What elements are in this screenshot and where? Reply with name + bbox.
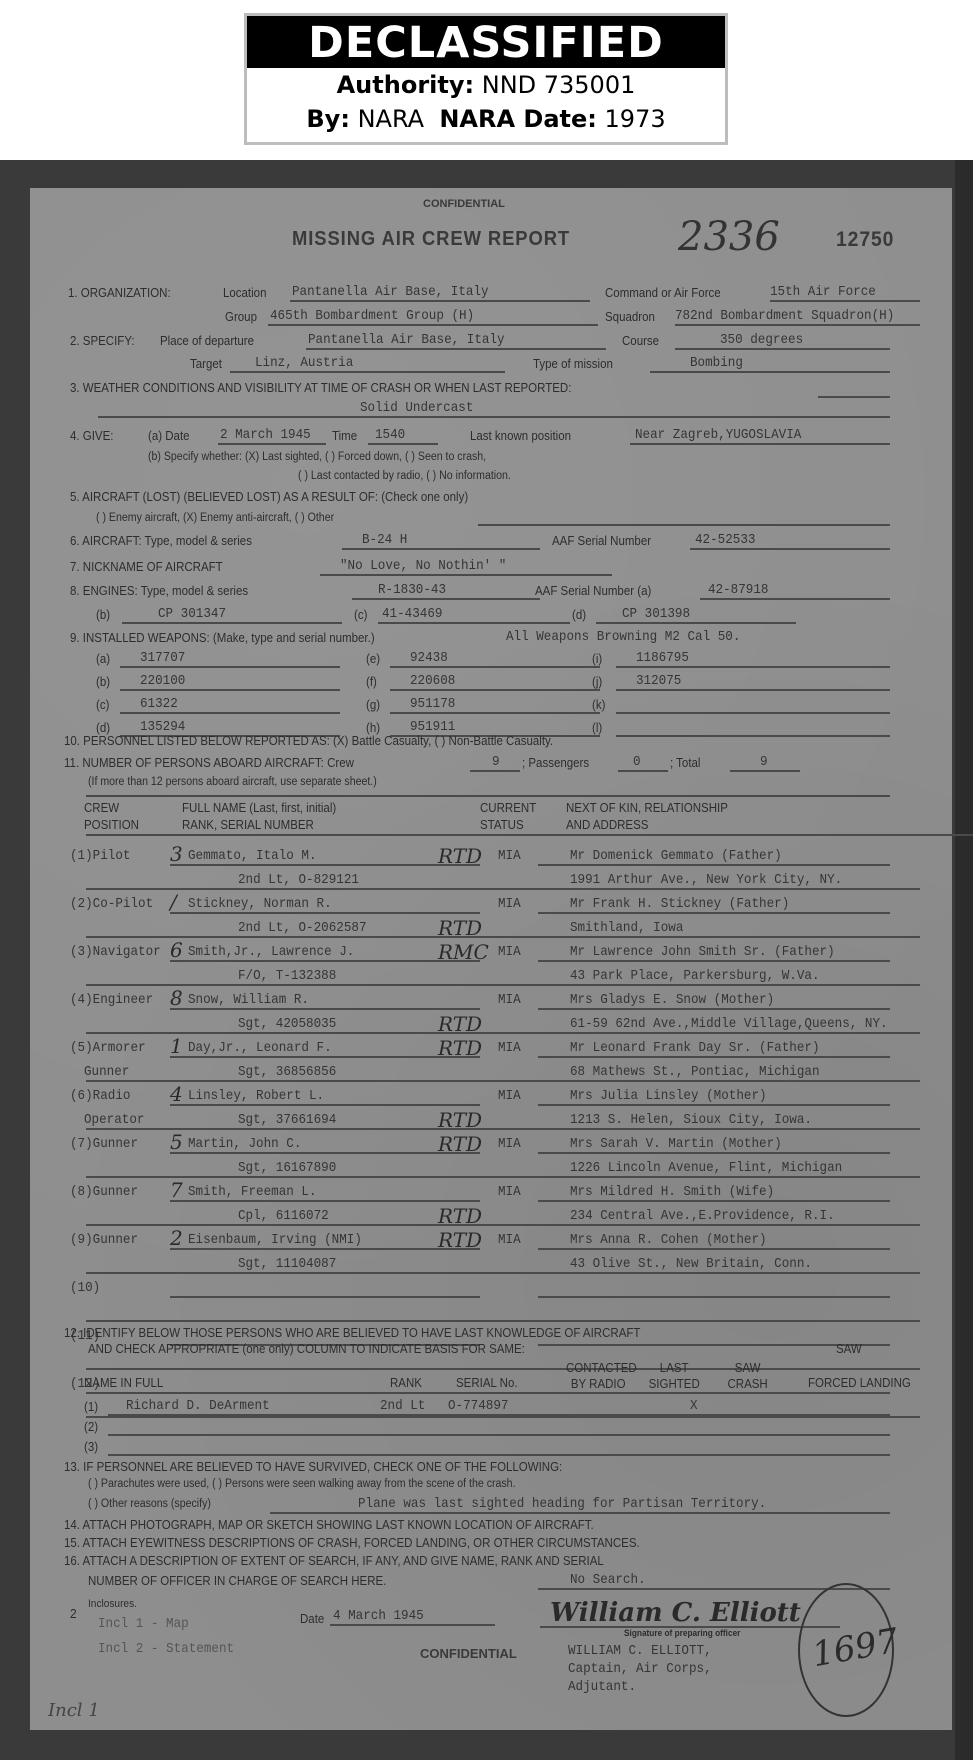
underline — [170, 912, 480, 914]
underline — [730, 770, 800, 772]
weapon-label: (f) — [366, 675, 377, 689]
total-count: 9 — [760, 754, 768, 770]
aircraft-serial: 42-52533 — [695, 532, 755, 548]
kin-address: 68 Mathews St., Pontiac, Michigan — [570, 1064, 820, 1080]
declassified-stamp: DECLASSIFIED Authority: NND 735001 By: N… — [244, 13, 728, 145]
landing-header: FORCED LANDING — [808, 1376, 911, 1390]
crew-position: (8)Gunner — [70, 1184, 138, 1200]
witness-serial: O-774897 — [448, 1398, 508, 1414]
underline — [170, 1056, 480, 1058]
status-annotation: RTD — [438, 1132, 482, 1156]
underline — [352, 598, 540, 600]
other-reason: Plane was last sighted heading for Parti… — [358, 1496, 766, 1512]
engine-type: R-1830-43 — [378, 582, 446, 598]
squadron-value: 782nd Bombardment Squadron(H) — [675, 308, 894, 324]
crew-rank-serial: F/O, T-132388 — [238, 968, 336, 984]
underline — [120, 666, 340, 668]
underline — [218, 443, 326, 445]
underline — [538, 912, 890, 914]
sighted-header: LAST SIGHTED — [642, 1360, 706, 1392]
crew-status: MIA — [498, 896, 521, 912]
officer-rank: Captain, Air Corps, — [568, 1661, 712, 1677]
weapon-label: (g) — [366, 698, 380, 712]
crew-rank-serial: Sgt, 36856856 — [238, 1064, 336, 1080]
sec14: 14. ATTACH PHOTOGRAPH, MAP OR SKETCH SHO… — [64, 1518, 594, 1532]
time-label: Time — [332, 429, 357, 443]
witness-num: (1) — [84, 1400, 98, 1414]
weapon-label: (d) — [96, 721, 110, 735]
weapon-label: (l) — [592, 721, 602, 735]
weapon-label: (e) — [366, 652, 380, 666]
handwritten-mark: 6 — [170, 938, 183, 962]
position-label: Last known position — [470, 429, 571, 443]
handwritten-mark: 8 — [170, 986, 183, 1010]
serial-header: SERIAL No. — [456, 1376, 518, 1390]
underline — [675, 348, 890, 350]
next-of-kin: Mrs Gladys E. Snow (Mother) — [570, 992, 774, 1008]
current-header: CURRENT — [480, 801, 536, 815]
underline — [538, 1152, 890, 1154]
inclosures-label: Inclosures. — [88, 1598, 137, 1610]
underline — [86, 1224, 920, 1226]
address-header: AND ADDRESS — [566, 818, 648, 832]
crew-status: MIA — [498, 944, 521, 960]
witness-num: (2) — [84, 1420, 98, 1434]
next-of-kin: Mr Frank H. Stickney (Father) — [570, 896, 789, 912]
underline — [616, 666, 890, 668]
underline — [170, 1008, 480, 1010]
status-annotation: RTD — [438, 844, 482, 868]
search-value: No Search. — [570, 1572, 646, 1588]
next-of-kin: Mr Lawrence John Smith Sr. (Father) — [570, 944, 835, 960]
underline — [630, 443, 890, 445]
next-of-kin: Mr Domenick Gemmato (Father) — [570, 848, 782, 864]
underline — [770, 300, 920, 302]
kin-address: 43 Park Place, Parkersburg, W.Va. — [570, 968, 820, 984]
crew-name: Snow, William R. — [188, 992, 309, 1008]
underline — [86, 1368, 920, 1370]
weapon-serial: 61322 — [140, 696, 178, 712]
location-label: Location — [223, 286, 266, 300]
engine-serial-d: CP 301398 — [622, 606, 690, 622]
rank-serial-header: RANK, SERIAL NUMBER — [182, 818, 314, 832]
location-value: Pantanella Air Base, Italy — [292, 284, 489, 300]
weapon-serial: 951911 — [410, 719, 455, 735]
group-label: Group — [225, 310, 257, 324]
nara-date-label: NARA Date: — [439, 105, 597, 133]
rank-header: RANK — [390, 1376, 422, 1390]
by-value: NARA — [358, 105, 425, 133]
kin-address: 1213 S. Helen, Sioux City, Iowa. — [570, 1112, 812, 1128]
handwritten-mark: 4 — [170, 1082, 183, 1106]
kin-address: 234 Central Ave.,E.Providence, R.I. — [570, 1208, 835, 1224]
status-annotation: RTD — [438, 1228, 482, 1252]
weapon-serial: 312075 — [636, 673, 681, 689]
sec2-label: 2. SPECIFY: — [70, 334, 135, 348]
underline — [596, 622, 796, 624]
sec5-label: 5. AIRCRAFT (LOST) (BELIEVED LOST) AS A … — [70, 490, 468, 504]
underline — [170, 1248, 480, 1250]
inclosures-count: 2 — [70, 1606, 77, 1621]
target-value: Linz, Austria — [255, 355, 353, 371]
underline — [378, 622, 570, 624]
engine-b-label: (b) — [96, 608, 110, 622]
weapon-label: (a) — [96, 652, 110, 666]
underline — [170, 1200, 480, 1202]
weapon-label: (j) — [592, 675, 602, 689]
underline — [342, 548, 540, 550]
underline — [616, 689, 890, 691]
next-of-kin: Mr Leonard Frank Day Sr. (Father) — [570, 1040, 820, 1056]
handwritten-mark: 1 — [170, 1034, 183, 1058]
inclosure-1: Incl 1 - Map — [98, 1616, 189, 1632]
underline — [700, 598, 890, 600]
underline — [306, 348, 606, 350]
engine-serial-b: CP 301347 — [158, 606, 226, 622]
specify-options-2: ( ) Last contacted by radio, ( ) No info… — [298, 470, 511, 482]
crew-rank-serial: 2nd Lt, O-2062587 — [238, 920, 367, 936]
underline — [86, 984, 920, 986]
classification-top: CONFIDENTIAL — [423, 198, 505, 210]
underline — [170, 1152, 480, 1154]
weapon-label: (i) — [592, 652, 602, 666]
sec15: 15. ATTACH EYEWITNESS DESCRIPTIONS OF CR… — [64, 1536, 640, 1550]
crew-status: MIA — [498, 1232, 521, 1248]
sec13-label: 13. IF PERSONNEL ARE BELIEVED TO HAVE SU… — [64, 1460, 562, 1474]
saw-label: SAW — [836, 1342, 862, 1356]
handwritten-number: 2336 — [678, 214, 780, 260]
status-annotation: RTD — [438, 1204, 482, 1228]
date-label: (a) Date — [148, 429, 190, 443]
film-edge — [955, 160, 973, 1760]
crew-position: (6)Radio — [70, 1088, 130, 1104]
contacted-header: CONTACTED BY RADIO — [566, 1360, 630, 1392]
mission-value: Bombing — [690, 355, 743, 371]
sec9-label: 9. INSTALLED WEAPONS: (Make, type and se… — [70, 631, 375, 645]
classification-bottom: CONFIDENTIAL — [420, 1646, 517, 1661]
underline — [108, 1414, 890, 1416]
underline — [538, 1056, 890, 1058]
underline — [330, 1624, 495, 1626]
report-date: 4 March 1945 — [333, 1608, 424, 1624]
declassified-title: DECLASSIFIED — [247, 16, 725, 68]
underline — [170, 960, 480, 962]
sec16-line2: NUMBER OF OFFICER IN CHARGE OF SEARCH HE… — [88, 1574, 386, 1588]
crew-name: Gemmato, Italo M. — [188, 848, 317, 864]
crew-position-2: Gunner — [84, 1064, 129, 1080]
underline — [290, 300, 590, 302]
next-of-kin: Mrs Julia Linsley (Mother) — [570, 1088, 767, 1104]
crew-position: (7)Gunner — [70, 1136, 138, 1152]
underline — [538, 1104, 890, 1106]
underline — [470, 770, 520, 772]
underline — [390, 689, 600, 691]
crew-rank-serial: Sgt, 37661694 — [238, 1112, 336, 1128]
underline — [86, 1032, 920, 1034]
sec1-label: 1. ORGANIZATION: — [68, 286, 171, 300]
underline — [98, 416, 890, 418]
handwritten-mark: 3 — [170, 842, 183, 866]
sec16-line1: 16. ATTACH A DESCRIPTION OF EXTENT OF SE… — [64, 1554, 604, 1568]
crew-rank-serial: Sgt, 42058035 — [238, 1016, 336, 1032]
underline — [538, 1248, 890, 1250]
crew-status: MIA — [498, 848, 521, 864]
departure-label: Place of departure — [160, 334, 254, 348]
status-annotation: RTD — [438, 1012, 482, 1036]
aircraft-type: B-24 H — [362, 532, 407, 548]
underline — [650, 371, 890, 373]
weapon-serial: 220100 — [140, 673, 185, 689]
total-label: ; Total — [670, 756, 700, 770]
underline — [818, 396, 890, 398]
underline — [390, 712, 600, 714]
command-label: Command or Air Force — [605, 286, 721, 300]
underline — [122, 622, 342, 624]
underline — [170, 864, 480, 866]
status-annotation: RTD — [438, 916, 482, 940]
kin-address: Smithland, Iowa — [570, 920, 683, 936]
passenger-count: 0 — [633, 754, 641, 770]
kin-address: 1226 Lincoln Avenue, Flint, Michigan — [570, 1160, 842, 1176]
weapon-label: (b) — [96, 675, 110, 689]
sec3-label: 3. WEATHER CONDITIONS AND VISIBILITY AT … — [70, 381, 571, 395]
crew-name: Eisenbaum, Irving (NMI) — [188, 1232, 362, 1248]
underline — [230, 371, 505, 373]
underline — [538, 1296, 890, 1298]
next-of-kin: Mrs Anna R. Cohen (Mother) — [570, 1232, 767, 1248]
next-of-kin: Mrs Sarah V. Martin (Mother) — [570, 1136, 782, 1152]
nara-date-value: 1973 — [605, 105, 666, 133]
underline — [538, 1200, 890, 1202]
command-value: 15th Air Force — [770, 284, 876, 300]
status-header: STATUS — [480, 818, 524, 832]
underline — [86, 1272, 920, 1274]
crew-status: MIA — [498, 1136, 521, 1152]
underline — [170, 1104, 480, 1106]
authority-line: Authority: NND 735001 — [247, 68, 725, 102]
crew-rank-serial: 2nd Lt, O-829121 — [238, 872, 359, 888]
underline — [538, 864, 890, 866]
witness-last-sighted: X — [690, 1398, 698, 1414]
underline — [618, 770, 668, 772]
underline — [538, 1008, 890, 1010]
inclosure-2: Incl 2 - Statement — [98, 1641, 234, 1657]
weapon-serial: 317707 — [140, 650, 185, 666]
underline — [538, 960, 890, 962]
report-date-label: Date — [300, 1612, 324, 1626]
underline — [320, 574, 612, 576]
by-label: By: — [306, 105, 350, 133]
engine-c-label: (c) — [354, 608, 367, 622]
crew-position-2: Operator — [84, 1112, 144, 1128]
witness-rank: 2nd Lt — [380, 1398, 425, 1414]
kin-header: NEXT OF KIN, RELATIONSHIP — [566, 801, 728, 815]
crew-status: MIA — [498, 992, 521, 1008]
aircraft-nickname: "No Love, No Nothin' " — [340, 558, 506, 574]
corner-note: Incl 1 — [48, 1700, 100, 1721]
crew-name: Day,Jr., Leonard F. — [188, 1040, 332, 1056]
underline — [390, 666, 600, 668]
underline — [108, 1454, 890, 1456]
divider — [86, 834, 973, 836]
underline — [478, 524, 890, 526]
crew-count: 9 — [492, 754, 500, 770]
underline — [86, 1416, 920, 1418]
underline — [616, 735, 890, 737]
sec11-label: 11. NUMBER OF PERSONS ABOARD AIRCRAFT: C… — [64, 756, 354, 770]
crew-name: Stickney, Norman R. — [188, 896, 332, 912]
officer-name: WILLIAM C. ELLIOTT, — [568, 1643, 712, 1659]
report-number: 12750 — [836, 228, 894, 252]
crew-position: (9)Gunner — [70, 1232, 138, 1248]
underline — [270, 1512, 890, 1514]
underline — [675, 324, 920, 326]
crew-position: (1)Pilot — [70, 848, 130, 864]
crew-position: (5)Armorer — [70, 1040, 146, 1056]
underline — [170, 1296, 480, 1298]
handwritten-mark: 5 — [170, 1130, 183, 1154]
crew-status: MIA — [498, 1088, 521, 1104]
crew-name: Smith, Freeman L. — [188, 1184, 317, 1200]
sec8-label: 8. ENGINES: Type, model & series — [70, 584, 248, 598]
sec13-option2: ( ) Other reasons (specify) — [88, 1498, 211, 1510]
underline — [120, 689, 340, 691]
departure-value: Pantanella Air Base, Italy — [308, 332, 505, 348]
loss-date: 2 March 1945 — [220, 427, 311, 443]
status-annotation: RMC — [438, 940, 489, 964]
position-header: POSITION — [84, 818, 139, 832]
form-title: MISSING AIR CREW REPORT — [292, 228, 570, 251]
weapon-label: (h) — [366, 721, 380, 735]
kin-address: 1991 Arthur Ave., New York City, NY. — [570, 872, 842, 888]
handwritten-mark: / — [170, 890, 177, 914]
sec13-option1: ( ) Parachutes were used, ( ) Persons we… — [88, 1478, 516, 1490]
name-header: FULL NAME (Last, first, initial) — [182, 801, 336, 815]
crew-status: MIA — [498, 1184, 521, 1200]
weapon-serial: 135294 — [140, 719, 185, 735]
squadron-label: Squadron — [605, 310, 655, 324]
crew-name: Martin, John C. — [188, 1136, 301, 1152]
weather-value: Solid Undercast — [360, 400, 473, 416]
weapons-value: All Weapons Browning M2 Cal 50. — [506, 629, 740, 645]
passengers-label: ; Passengers — [522, 756, 589, 770]
target-label: Target — [190, 357, 222, 371]
underline — [368, 443, 438, 445]
officer-title: Adjutant. — [568, 1679, 636, 1695]
underline — [108, 1434, 890, 1436]
engine-serial-a: 42-87918 — [708, 582, 768, 598]
underline — [616, 712, 890, 714]
authority-label: Authority: — [337, 71, 474, 99]
specify-options: (b) Specify whether: (X) Last sighted, (… — [148, 451, 486, 463]
engine-serial-label: AAF Serial Number (a) — [535, 584, 651, 598]
sec10-label: 10. PERSONNEL LISTED BELOW REPORTED AS: … — [64, 734, 553, 748]
sec11-note: (If more than 12 persons aboard aircraft… — [88, 776, 377, 788]
crew-position: (10) — [70, 1280, 100, 1296]
authority-value: NND 735001 — [482, 71, 636, 99]
underline — [86, 1176, 920, 1178]
crew-position: (2)Co-Pilot — [70, 896, 153, 912]
loss-time: 1540 — [375, 427, 405, 443]
underline — [86, 1080, 920, 1082]
crew-rank-serial: Cpl, 6116072 — [238, 1208, 329, 1224]
weapon-label: (k) — [592, 698, 605, 712]
position-value: Near Zagreb,YUGOSLAVIA — [635, 427, 801, 443]
engine-d-label: (d) — [572, 608, 586, 622]
signature: William C. Elliott — [550, 1598, 801, 1628]
crash-header: SAW CRASH — [720, 1360, 775, 1392]
underline — [86, 1320, 920, 1322]
aircraft-serial-label: AAF Serial Number — [552, 534, 651, 548]
group-value: 465th Bombardment Group (H) — [270, 308, 474, 324]
status-annotation: RTD — [438, 1036, 482, 1060]
engine-serial-c: 41-43469 — [382, 606, 442, 622]
crew-status: MIA — [498, 1040, 521, 1056]
kin-address: 43 Olive St., New Britain, Conn. — [570, 1256, 812, 1272]
course-label: Course — [622, 334, 659, 348]
witness-num: (3) — [84, 1440, 98, 1454]
weapon-label: (c) — [96, 698, 109, 712]
course-value: 350 degrees — [720, 332, 803, 348]
underline — [86, 1128, 920, 1130]
sec4-label: 4. GIVE: — [70, 429, 113, 443]
weapon-serial: 1186795 — [636, 650, 689, 666]
underline — [120, 712, 340, 714]
status-annotation: RTD — [438, 1108, 482, 1132]
kin-address: 61-59 62nd Ave.,Middle Village,Queens, N… — [570, 1016, 888, 1032]
next-of-kin: Mrs Mildred H. Smith (Wife) — [570, 1184, 774, 1200]
signature-caption: Signature of preparing officer — [624, 1628, 740, 1638]
crew-rank-serial: Sgt, 11104087 — [238, 1256, 336, 1272]
weapon-serial: 951178 — [410, 696, 455, 712]
by-line: By: NARA NARA Date: 1973 — [247, 102, 725, 136]
handwritten-mark: 2 — [170, 1226, 183, 1250]
crew-header: CREW — [84, 801, 119, 815]
divider — [86, 795, 890, 797]
crew-name: Smith,Jr., Lawrence J. — [188, 944, 354, 960]
crew-name: Linsley, Robert L. — [188, 1088, 324, 1104]
document-scan: CONFIDENTIAL MISSING AIR CREW REPORT 233… — [0, 160, 973, 1760]
report-form: CONFIDENTIAL MISSING AIR CREW REPORT 233… — [30, 188, 952, 1730]
divider — [86, 1392, 890, 1394]
underline — [690, 548, 890, 550]
weapon-serial: 92438 — [410, 650, 448, 666]
sec6-label: 6. AIRCRAFT: Type, model & series — [70, 534, 252, 548]
underline — [86, 936, 920, 938]
name-in-full-header: NAME IN FULL — [84, 1376, 163, 1390]
weapon-serial: 220608 — [410, 673, 455, 689]
crew-position: (3)Navigator — [70, 944, 161, 960]
crew-position: (4)Engineer — [70, 992, 153, 1008]
sec7-label: 7. NICKNAME OF AIRCRAFT — [70, 560, 223, 574]
sec12-line1: 12. IDENTIFY BELOW THOSE PERSONS WHO ARE… — [64, 1326, 640, 1340]
mission-label: Type of mission — [533, 357, 613, 371]
sec12-line2: AND CHECK APPROPRIATE (one only) COLUMN … — [88, 1342, 525, 1356]
sec5-options: ( ) Enemy aircraft, (X) Enemy anti-aircr… — [96, 512, 334, 524]
handwritten-mark: 7 — [170, 1178, 183, 1202]
crew-rank-serial: Sgt, 16167890 — [238, 1160, 336, 1176]
witness-name: Richard D. DeArment — [126, 1398, 270, 1414]
underline — [86, 888, 920, 890]
underline — [268, 324, 598, 326]
